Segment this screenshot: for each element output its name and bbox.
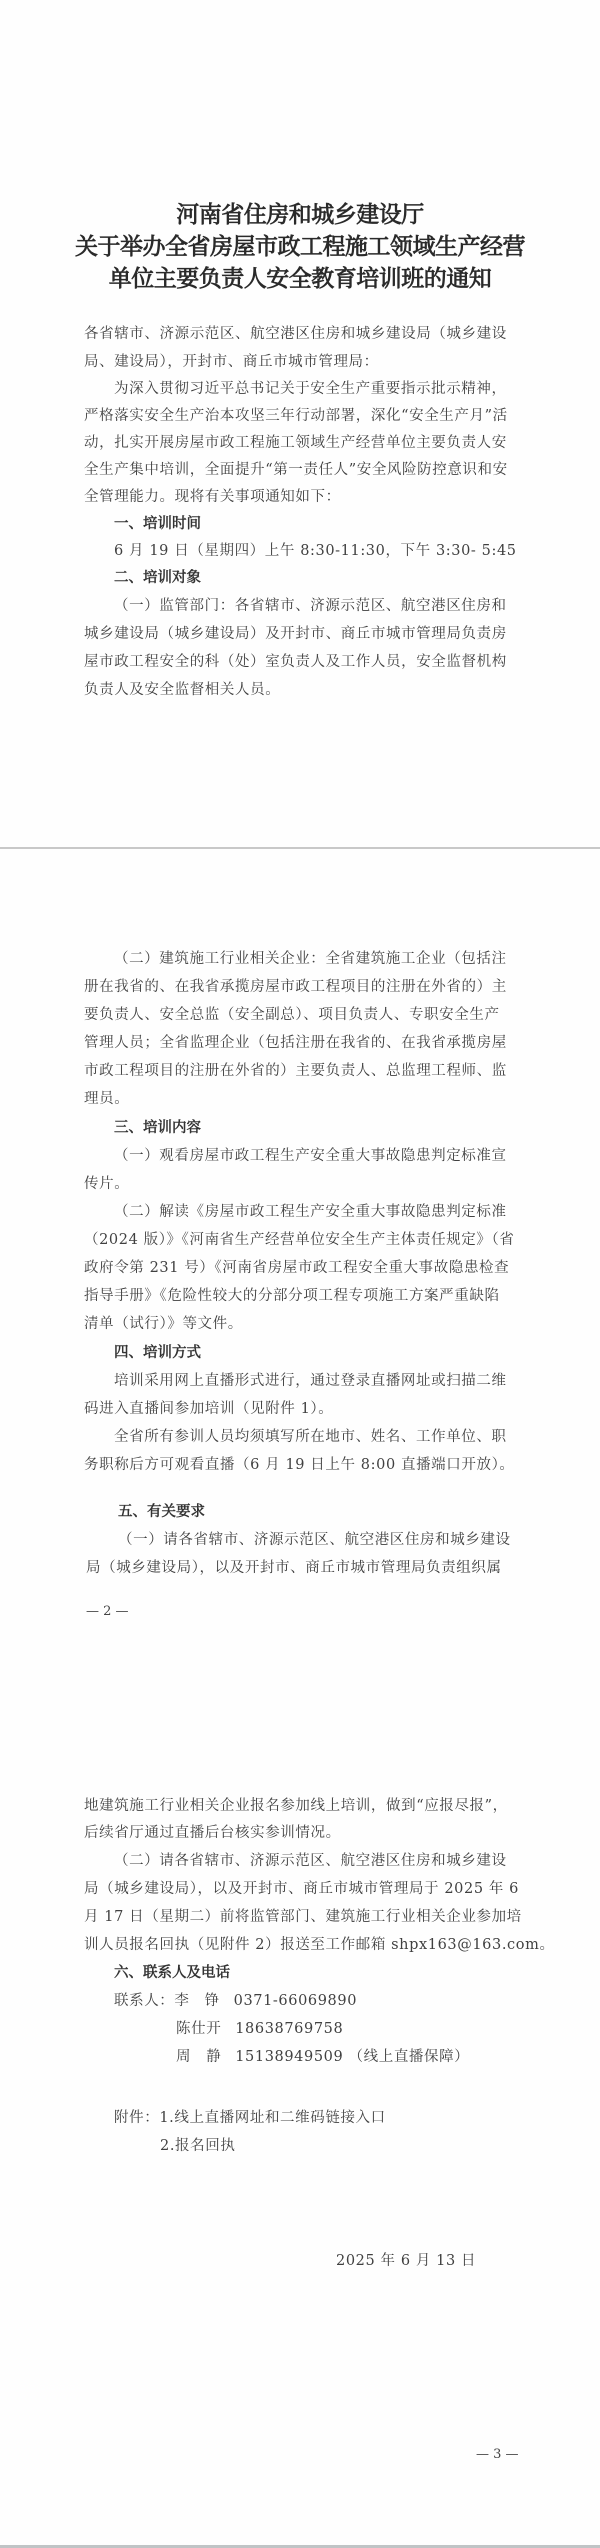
section-3-item-2-line-4: 指导手册》《危险性较大的分部分项工程专项施工方案严重缺陷 [84,1286,524,1306]
section-5-item-2-line-3: 月 17 日（星期二）前将监管部门、建筑施工行业相关企业参加培 [84,1907,524,1927]
section-1-heading: 一、培训时间 [114,514,201,534]
doc-title-issuer: 河南省住房和城乡建设厅 [0,200,600,230]
section-3-item-2-line-2: （2024 版）》《河南省生产经营单位安全生产主体责任规定》（省 [84,1230,524,1250]
section-2-item-2-line-3: 要负责人、安全总监（安全副总）、项目负责人、专职安全生产 [84,1005,524,1025]
contact-name: 陈仕开 [176,2019,230,2039]
document-page-3: 地建筑施工行业相关企业报名参加线上培训，做到“应报尽报”， 后续省厅通过直播后台… [0,1689,600,2545]
contact-row-1: 联系人：李 铮 0371-66069890 [114,1991,554,2011]
section-2-item-2-line-6: 理员。 [84,1089,524,1109]
section-2-item-2-line-5: 市政工程项目的注册在外省的）主要负责人、总监理工程师、监 [84,1061,524,1081]
contacts-label: 联系人： [114,1993,174,2009]
contact-note: （线上直播保障） [349,2049,470,2065]
intro-line-5: 全管理能力。现将有关事项通知如下： [84,487,524,507]
section-3-item-1-line-1: （一）观看房屋市政工程生产安全重大事故隐患判定标准宣 [114,1146,554,1166]
section-2-item-2-line-2: 册在我省的、在我省承揽房屋市政工程项目的注册在外省的）主 [84,977,524,997]
doc-title-line-3: 单位主要负责人安全教育培训班的通知 [0,264,600,294]
section-5-item-2-line-1: （二）请各省辖市、济源示范区、航空港区住房和城乡建设 [114,1851,554,1871]
section-2-item-2-line-1: （二）建筑施工行业相关企业：全省建筑施工企业（包括注 [114,949,554,969]
contact-name: 周 静 [176,2047,230,2067]
section-3-item-2-line-3: 政府令第 231 号）《河南省房屋市政工程安全重大事故隐患检查 [84,1258,524,1278]
contact-row-3: 周 静 15138949509 （线上直播保障） [176,2047,600,2067]
section-4-para-1-line-2: 码进入直播间参加培训（见附件 1）。 [84,1399,524,1419]
section-4-heading: 四、培训方式 [114,1343,201,1363]
intro-line-1: 为深入贯彻习近平总书记关于安全生产重要指示批示精神， [114,379,554,399]
contact-phone: 15138949509 [235,2049,343,2065]
section-2-item-1-line-4: 负责人及安全监督相关人员。 [84,680,524,700]
section-6-heading: 六、联系人及电话 [114,1963,230,1983]
section-1-text: 6 月 19 日（星期四）上午 8:30-11:30，下午 3:30- 5:45 [114,541,554,561]
addressee-line-2: 局、建设局），开封市、商丘市城市管理局： [84,352,524,372]
section-2-heading: 二、培训对象 [114,568,201,588]
section-5-item-1-line-4: 后续省厅通过直播后台核实参训情况。 [84,1823,524,1843]
issue-date: 2025 年 6 月 13 日 [336,2251,600,2271]
section-2-item-1-line-3: 屋市政工程安全的科（处）室负责人及工作人员，安全监督机构 [84,652,524,672]
attachment-row-1: 附件：1.线上直播网址和二维码链接入口 [114,2108,554,2128]
section-5-item-1-line-3: 地建筑施工行业相关企业报名参加线上培训，做到“应报尽报”， [84,1796,524,1816]
section-3-item-2-line-1: （二）解读《房屋市政工程生产安全重大事故隐患判定标准 [114,1202,554,1222]
section-5-heading: 五、有关要求 [118,1502,205,1522]
section-2-item-2-line-4: 管理人员；全省监理企业（包括注册在我省的、在我省承揽房屋 [84,1033,524,1053]
contact-phone: 0371-66069890 [234,1993,357,2009]
intro-line-4: 全生产集中培训，全面提升“第一责任人”安全风险防控意识和安 [84,460,524,480]
document-page-2: （二）建筑施工行业相关企业：全省建筑施工企业（包括注 册在我省的、在我省承揽房屋… [0,849,600,1689]
section-4-para-2-line-1: 全省所有参训人员均须填写所在地市、姓名、工作单位、职 [114,1427,554,1447]
section-3-heading: 三、培训内容 [114,1118,201,1138]
doc-title-line-2: 关于举办全省房屋市政工程施工领域生产经营 [0,232,600,262]
section-5-item-2-line-2: 局（城乡建设局），以及开封市、商丘市城市管理局于 2025 年 6 [84,1879,524,1899]
section-2-item-1-line-1: （一）监管部门：各省辖市、济源示范区、航空港区住房和 [114,596,554,616]
intro-line-3: 动，扎实开展房屋市政工程施工领域生产经营单位主要负责人安 [84,433,524,453]
section-5-item-1-line-1: （一）请各省辖市、济源示范区、航空港区住房和城乡建设 [118,1530,558,1550]
page-number-3: — 3 — [476,2447,519,2462]
contact-row-2: 陈仕开 18638769758 [176,2019,600,2039]
page-number-2: — 2 — [86,1604,129,1619]
section-5-item-1-line-2: 局（城乡建设局），以及开封市、商丘市城市管理局负责组织属 [86,1558,526,1578]
section-3-item-1-line-2: 传片。 [84,1174,524,1194]
section-4-para-1-line-1: 培训采用网上直播形式进行，通过登录直播网址或扫描二维 [114,1371,554,1391]
contact-name: 李 铮 [174,1991,228,2011]
attachment-item: 2.报名回执 [160,2136,600,2156]
section-2-item-1-line-2: 城乡建设局（城乡建设局）及开封市、商丘市城市管理局负责房 [84,624,524,644]
document-page-1: 河南省住房和城乡建设厅 关于举办全省房屋市政工程施工领域生产经营 单位主要负责人… [0,0,600,847]
section-5-item-2-line-4: 训人员报名回执（见附件 2）报送至工作邮箱 shpx163@163.com。 [84,1935,524,1955]
section-4-para-2-line-2: 务职称后方可观看直播（6 月 19 日上午 8:00 直播端口开放）。 [84,1455,524,1475]
intro-line-2: 严格落实安全生产治本攻坚三年行动部署，深化“安全生产月”活 [84,406,524,426]
contact-phone: 18638769758 [235,2021,343,2037]
addressee-line-1: 各省辖市、济源示范区、航空港区住房和城乡建设局（城乡建设 [84,324,524,344]
attachment-item: 1.线上直播网址和二维码链接入口 [159,2110,385,2126]
attachments-label: 附件： [114,2110,159,2126]
section-3-item-2-line-5: 清单（试行）》等文件。 [84,1314,524,1334]
